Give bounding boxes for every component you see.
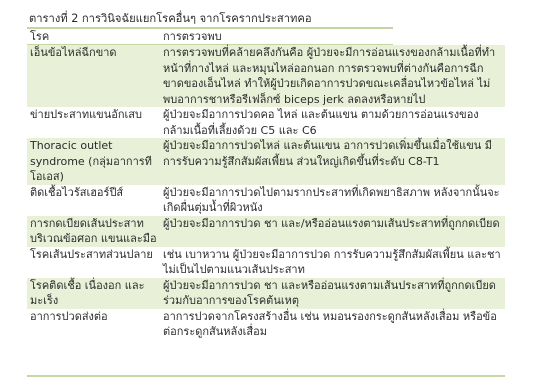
- finding-cell: ผู้ป่วยจะมีอาการปวด ชา และหรืออ่อนแรงตาม…: [163, 278, 505, 309]
- disease-cell: ติดเชื้อไวรัสเฮอร์ปีส์: [27, 185, 163, 216]
- disease-cell: เอ็นข้อไหล่ฉีกขาด: [27, 45, 163, 107]
- table-row: ติดเชื้อไวรัสเฮอร์ปีส์ผู้ป่วยจะมีอาการปว…: [27, 185, 505, 216]
- table-header: โรค การตรวจพบ: [27, 29, 393, 45]
- finding-cell: ผู้ป่วยจะมีอาการปวดไปตามรากประสาทที่เกิด…: [163, 185, 505, 216]
- table-row: ข่ายประสาทแขนอักเสบผู้ป่วยจะมีอาการปวดคอ…: [27, 107, 505, 138]
- disease-cell: อาการปวดส่งต่อ: [27, 309, 163, 340]
- finding-cell: การตรวจพบที่คล้ายคลึงกันคือ ผู้ป่วยจะมีก…: [163, 45, 505, 107]
- header-finding: การตรวจพบ: [163, 29, 222, 45]
- disease-cell: Thoracic outlet syndrome (กลุ่มอาการทีโอ…: [27, 138, 163, 185]
- finding-cell: เช่น เบาหวาน ผู้ป่วยจะมีอาการปวด การรับค…: [163, 247, 505, 278]
- table-bottom-border: [27, 375, 505, 377]
- finding-cell: ผู้ป่วยจะมีอาการปวดไหล่ และต้นแขน อาการป…: [163, 138, 505, 185]
- finding-cell: อาการปวดจากโครงสร้างอื่น เช่น หมอนรองกระ…: [163, 309, 505, 340]
- table-row: อาการปวดส่งต่ออาการปวดจากโครงสร้างอื่น เ…: [27, 309, 505, 340]
- disease-cell: ข่ายประสาทแขนอักเสบ: [27, 107, 163, 138]
- disease-cell: การกดเบียดเส้นประสาทบริเวณข้อศอก แขนและม…: [27, 216, 163, 247]
- table-row: Thoracic outlet syndrome (กลุ่มอาการทีโอ…: [27, 138, 505, 185]
- finding-cell: ผู้ป่วยจะมีอาการปวด ชา และ/หรืออ่อนแรงตา…: [163, 216, 505, 247]
- finding-cell: ผู้ป่วยจะมีอาการปวดคอ ไหล่ และต้นแขน ตาม…: [163, 107, 505, 138]
- disease-cell: โรคติดเชื้อ เนื่องอก และมะเร็ง: [27, 278, 163, 309]
- table-row: โรคเส้นประสาทส่วนปลายเช่น เบาหวาน ผู้ป่ว…: [27, 247, 505, 278]
- table-row: การกดเบียดเส้นประสาทบริเวณข้อศอก แขนและม…: [27, 216, 505, 247]
- diagnosis-table: เอ็นข้อไหล่ฉีกขาดการตรวจพบที่คล้ายคลึงกั…: [27, 45, 505, 340]
- table-row: เอ็นข้อไหล่ฉีกขาดการตรวจพบที่คล้ายคลึงกั…: [27, 45, 505, 107]
- table-row: โรคติดเชื้อ เนื่องอก และมะเร็งผู้ป่วยจะม…: [27, 278, 505, 309]
- header-disease: โรค: [30, 29, 49, 45]
- disease-cell: โรคเส้นประสาทส่วนปลาย: [27, 247, 163, 278]
- table-caption: ตารางที่ 2 การวินิจฉัยแยกโรคอื่นๆ จากโรค…: [29, 12, 312, 26]
